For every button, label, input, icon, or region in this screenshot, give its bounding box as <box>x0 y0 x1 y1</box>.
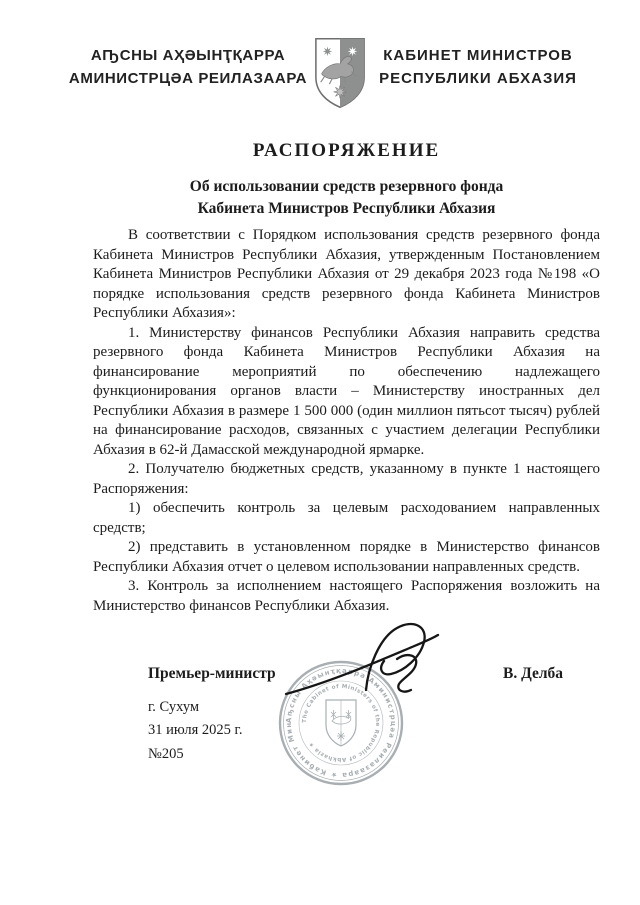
signer-name: В. Делба <box>503 665 563 683</box>
coat-of-arms-icon <box>313 36 367 111</box>
issue-date: 31 июля 2025 г. <box>148 722 242 739</box>
handwritten-signature <box>260 610 470 710</box>
org-name-russian-line2: РЕСПУБЛИКИ АБХАЗИЯ <box>378 67 578 90</box>
org-name-abkhaz-line1: АҦСНЫ АҲӘЫНҬҚАРРА <box>62 44 314 67</box>
document-page: АҦСНЫ АҲӘЫНҬҚАРРА АМИНИСТРЦӘА РЕИЛАЗААРА… <box>0 0 640 905</box>
org-name-russian: КАБИНЕТ МИНИСТРОВ РЕСПУБЛИКИ АБХАЗИЯ <box>378 44 578 90</box>
document-type-title: РАСПОРЯЖЕНИЕ <box>93 140 600 162</box>
org-name-russian-line1: КАБИНЕТ МИНИСТРОВ <box>378 44 578 67</box>
issue-city: г. Сухум <box>148 699 199 716</box>
org-name-abkhaz: АҦСНЫ АҲӘЫНҬҚАРРА АМИНИСТРЦӘА РЕИЛАЗААРА <box>62 44 314 90</box>
document-number: №205 <box>148 746 184 763</box>
document-subject: Об использовании средств резервного фонд… <box>93 176 600 219</box>
document-subject-line1: Об использовании средств резервного фонд… <box>93 176 600 198</box>
paragraph-item2: 2. Получателю бюджетных средств, указанн… <box>93 460 600 499</box>
document-subject-line2: Кабинета Министров Республики Абхазия <box>93 198 600 220</box>
paragraph-item1: 1. Министерству финансов Республики Абха… <box>93 324 600 461</box>
paragraph-intro: В соответствии с Порядком использования … <box>93 226 600 324</box>
document-body: В соответствии с Порядком использования … <box>93 226 600 616</box>
paragraph-item2-sub2: 2) представить в установленном порядке в… <box>93 538 600 577</box>
signer-position-label: Премьер-министр <box>148 665 276 683</box>
org-name-abkhaz-line2: АМИНИСТРЦӘА РЕИЛАЗААРА <box>62 67 314 90</box>
paragraph-item2-sub1: 1) обеспечить контроль за целевым расход… <box>93 499 600 538</box>
